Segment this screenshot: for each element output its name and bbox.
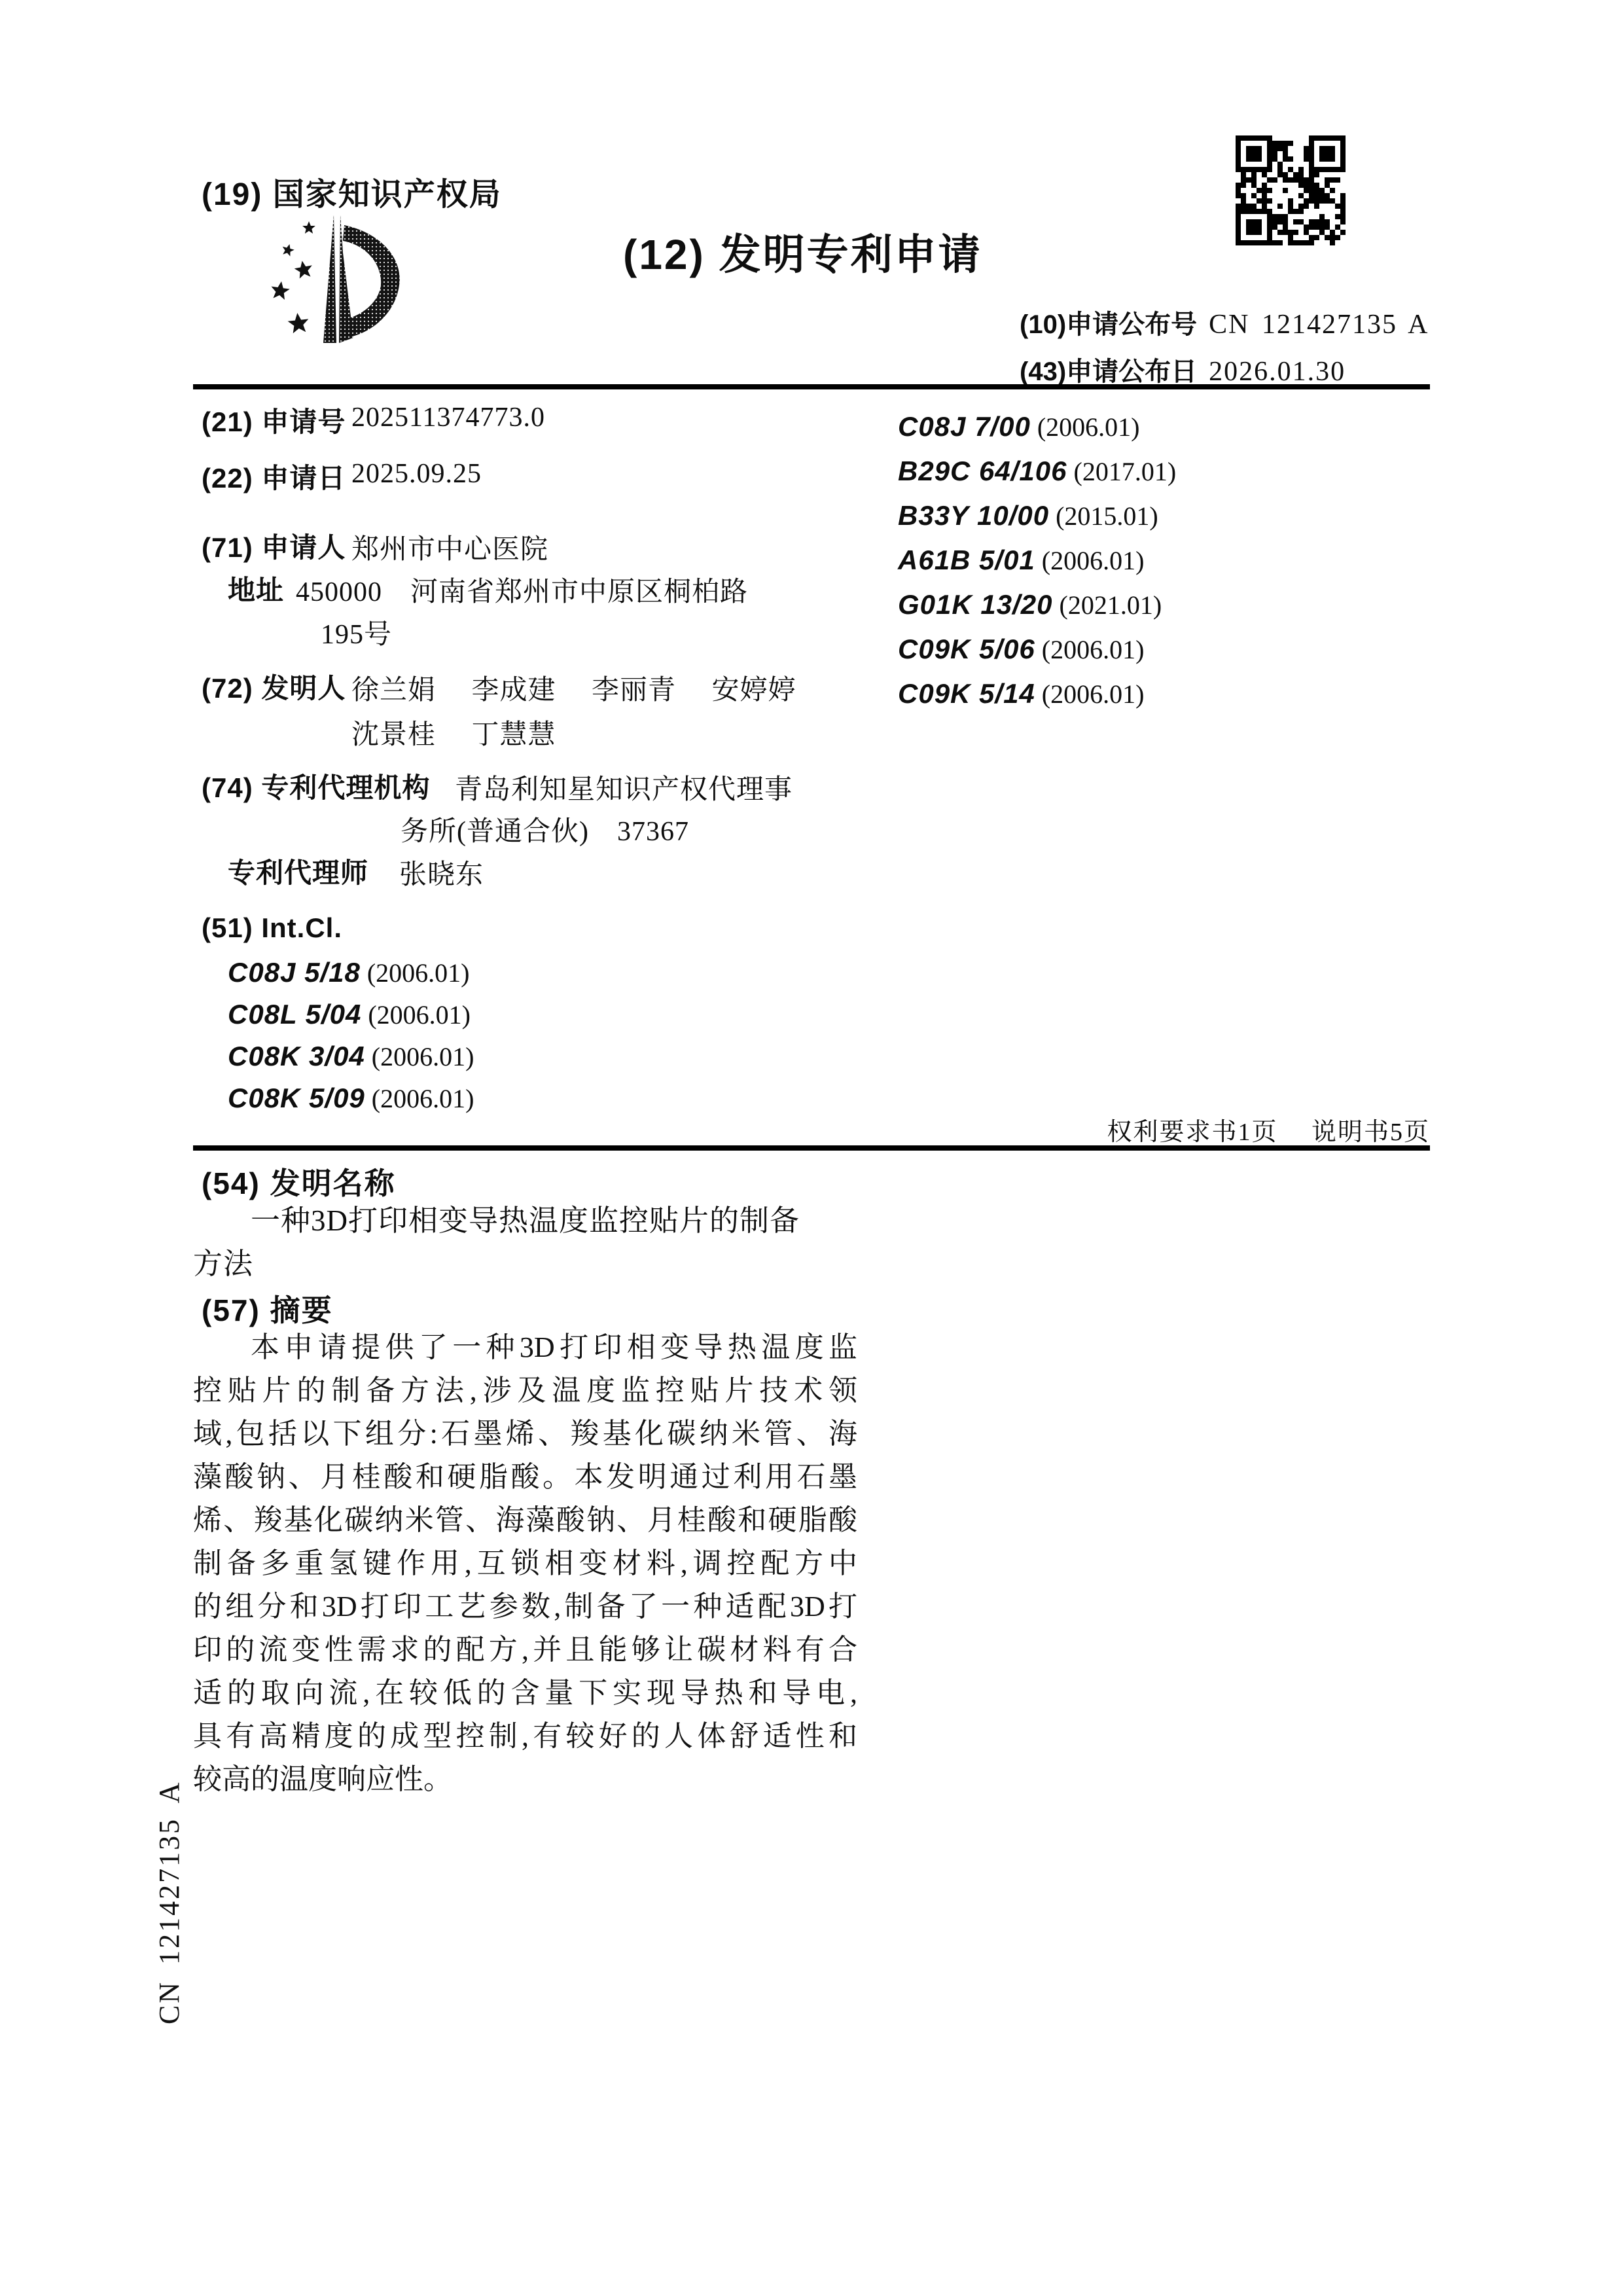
qr-code bbox=[1236, 135, 1346, 245]
address-line1: 450000 河南省郑州市中原区桐柏路 bbox=[296, 570, 748, 609]
intcl-right-item: B29C 64/106(2017.01) bbox=[898, 456, 1176, 487]
abstract-line: 适的取向流,在较低的含量下实现导热和导电, bbox=[193, 1672, 857, 1715]
intcl-right-item: A61B 5/01(2006.01) bbox=[898, 545, 1144, 576]
abstract-line: 的组分和3D打印工艺参数,制备了一种适配3D打 bbox=[193, 1585, 857, 1628]
ipc-year: (2006.01) bbox=[1037, 412, 1140, 442]
patent-front-page: (19) 国家知识产权局 (12) 发明专利申请 bbox=[0, 0, 1623, 2296]
ipc-year: (2017.01) bbox=[1074, 457, 1177, 486]
biblio-divider bbox=[193, 1145, 1430, 1151]
intcl-right-item: G01K 13/20(2021.01) bbox=[898, 589, 1162, 620]
ipc-year: (2015.01) bbox=[1056, 501, 1158, 531]
invention-title: 一种3D打印相变导热温度监控贴片的制备 方法 bbox=[193, 1199, 815, 1285]
inventors-line1: 徐兰娟 李成建 李丽青 安婷婷 bbox=[351, 668, 796, 708]
abstract-line: 藻酸钠、月桂酸和硬脂酸。本发明通过利用石墨 bbox=[193, 1456, 857, 1499]
abstract-line: 本申请提供了一种3D打印相变导热温度监 bbox=[193, 1326, 857, 1369]
ipc-code: C09K 5/14 bbox=[898, 678, 1035, 709]
intcl-right-item: B33Y 10/00(2015.01) bbox=[898, 500, 1158, 531]
applicant-label: (71) 申请人 bbox=[202, 526, 346, 565]
invention-title-label: (54) 发明名称 bbox=[202, 1160, 396, 1203]
inventors-line2: 沈景桂 丁慧慧 bbox=[351, 713, 556, 752]
intcl-right-item: C09K 5/14(2006.01) bbox=[898, 678, 1144, 709]
pages-note: 权利要求书1页 说明书5页 bbox=[1107, 1111, 1430, 1147]
application-number-value: 202511374773.0 bbox=[351, 402, 545, 433]
intcl-label: (51) Int.Cl. bbox=[202, 912, 342, 944]
ipc-code: C08J 7/00 bbox=[898, 411, 1031, 442]
intcl-left-item: C08K 5/09(2006.01) bbox=[228, 1083, 474, 1114]
invention-title-line1: 一种3D打印相变导热温度监控贴片的制备 bbox=[193, 1199, 815, 1242]
application-date-label: (22) 申请日 bbox=[202, 457, 346, 496]
agent-value: 张晓东 bbox=[399, 853, 484, 892]
agency-label: (74) 专利代理机构 bbox=[202, 766, 430, 806]
invention-title-line2: 方法 bbox=[193, 1242, 815, 1285]
intcl-right-item: C08J 7/00(2006.01) bbox=[898, 411, 1139, 442]
publication-date-value: 2026.01.30 bbox=[1209, 356, 1346, 387]
ipc-code: A61B 5/01 bbox=[898, 545, 1035, 575]
ipc-year: (2006.01) bbox=[1042, 635, 1145, 664]
abstract-line: 控贴片的制备方法,涉及温度监控贴片技术领 bbox=[193, 1369, 857, 1412]
inventors-label: (72) 发明人 bbox=[202, 667, 346, 706]
abstract-label: (57) 摘要 bbox=[202, 1287, 333, 1330]
address-label: 地址 bbox=[228, 569, 284, 608]
ipc-year: (2006.01) bbox=[368, 1000, 471, 1030]
ipc-code: C08J 5/18 bbox=[228, 957, 361, 988]
publication-date-label: (43)申请公布日 bbox=[1020, 351, 1197, 388]
abstract-line: 较高的温度响应性。 bbox=[193, 1758, 857, 1801]
ipc-code: G01K 13/20 bbox=[898, 589, 1053, 620]
ipc-year: (2006.01) bbox=[1042, 546, 1145, 575]
side-publication-code: CN 121427135 A bbox=[152, 1781, 186, 2024]
agent-label: 专利代理师 bbox=[228, 852, 368, 891]
patent-office-line: (19) 国家知识产权局 bbox=[202, 169, 502, 214]
agency-line1: 青岛利知星知识产权代理事 bbox=[455, 768, 793, 807]
header-divider bbox=[193, 384, 1430, 389]
ipc-code: C08L 5/04 bbox=[228, 999, 361, 1030]
application-number-label: (21) 申请号 bbox=[202, 401, 346, 440]
application-date-value: 2025.09.25 bbox=[351, 458, 482, 490]
ipc-year: (2006.01) bbox=[367, 958, 470, 988]
abstract-text: 本申请提供了一种3D打印相变导热温度监 控贴片的制备方法,涉及温度监控贴片技术领… bbox=[193, 1326, 857, 1801]
ipc-code: B33Y 10/00 bbox=[898, 500, 1049, 531]
agency-line2: 务所(普通合伙) 37367 bbox=[401, 810, 689, 849]
ipc-year: (2006.01) bbox=[1042, 679, 1145, 709]
address-line2: 195号 bbox=[321, 613, 392, 652]
abstract-line: 域,包括以下组分:石墨烯、羧基化碳纳米管、海 bbox=[193, 1412, 857, 1456]
publication-number-label: (10)申请公布号 bbox=[1020, 304, 1197, 341]
intcl-right-item: C09K 5/06(2006.01) bbox=[898, 634, 1144, 665]
intcl-left-item: C08L 5/04(2006.01) bbox=[228, 999, 471, 1030]
document-type-heading: (12) 发明专利申请 bbox=[623, 221, 982, 281]
ipc-code: C09K 5/06 bbox=[898, 634, 1035, 664]
abstract-line: 烯、羧基化碳纳米管、海藻酸钠、月桂酸和硬脂酸 bbox=[193, 1499, 857, 1542]
ipc-code: C08K 5/09 bbox=[228, 1083, 365, 1113]
abstract-line: 制备多重氢键作用,互锁相变材料,调控配方中 bbox=[193, 1542, 857, 1585]
intcl-left-item: C08K 3/04(2006.01) bbox=[228, 1041, 474, 1072]
publication-date-row: (43)申请公布日 2026.01.30 bbox=[1020, 351, 1346, 388]
ipc-year: (2006.01) bbox=[372, 1084, 474, 1113]
cnipa-logo-icon bbox=[260, 213, 421, 344]
ipc-year: (2021.01) bbox=[1060, 590, 1162, 620]
applicant-value: 郑州市中心医院 bbox=[351, 528, 548, 567]
ipc-code: B29C 64/106 bbox=[898, 456, 1067, 486]
publication-number-value: CN 121427135 A bbox=[1209, 309, 1429, 340]
ipc-year: (2006.01) bbox=[372, 1042, 474, 1071]
publication-number-row: (10)申请公布号 CN 121427135 A bbox=[1020, 304, 1429, 341]
ipc-code: C08K 3/04 bbox=[228, 1041, 365, 1071]
intcl-left-item: C08J 5/18(2006.01) bbox=[228, 957, 469, 988]
abstract-line: 印的流变性需求的配方,并且能够让碳材料有合 bbox=[193, 1628, 857, 1672]
abstract-line: 具有高精度的成型控制,有较好的人体舒适性和 bbox=[193, 1715, 857, 1758]
